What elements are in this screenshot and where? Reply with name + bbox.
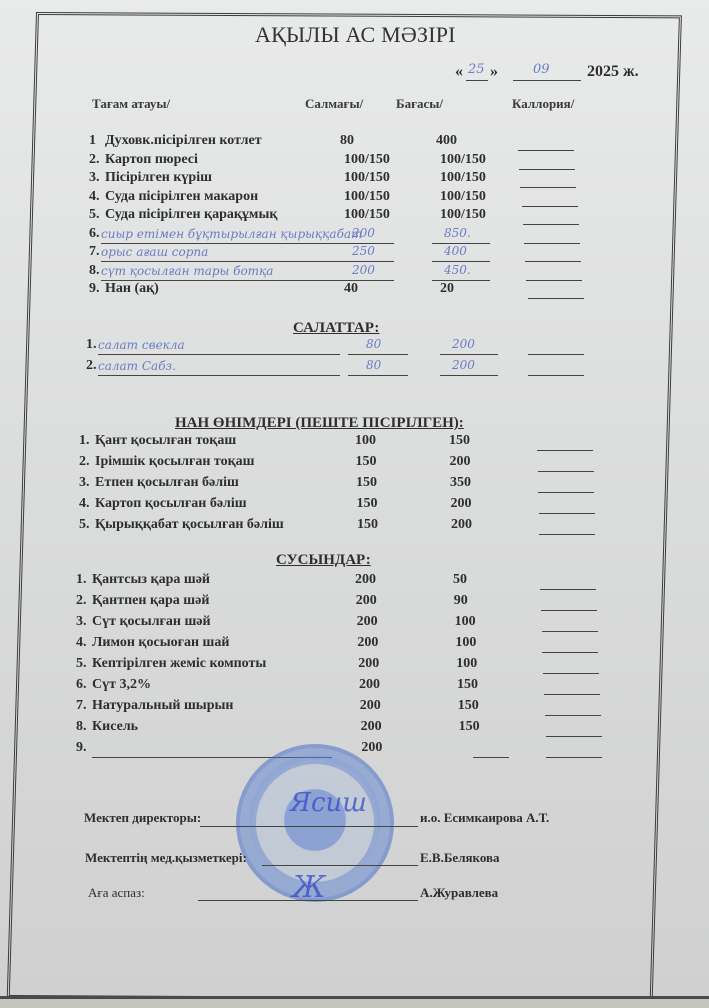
salads-heading: САЛАТТАР: [293, 320, 379, 337]
dish-price: 20 [440, 281, 454, 297]
dish-name-handwritten: сиыр етімен бұқтырылған қырыққабат [101, 227, 362, 241]
dish-name: Духовк.пісірілген котлет [105, 133, 262, 149]
calories-line [544, 694, 600, 695]
dish-price: 350 [450, 475, 471, 491]
dish-weight-handwritten: 200 [352, 263, 375, 277]
dish-weight-handwritten: 200 [352, 226, 375, 240]
dish-weight: 150 [357, 517, 378, 533]
dish-price: 150 [458, 698, 479, 714]
date-day-line [466, 80, 488, 81]
dish-price: 100/150 [440, 189, 486, 205]
dish-price: 150 [457, 677, 478, 693]
signature-chef: Ж [292, 870, 326, 905]
dish-name: Қантсыз қара шәй [92, 572, 210, 588]
calories-line [542, 631, 598, 632]
dish-name: Сүт 3,2% [92, 677, 151, 693]
dish-weight: 100/150 [344, 207, 390, 223]
dish-price-handwritten: 200 [452, 358, 475, 372]
row-number: 4. [76, 635, 87, 651]
dish-name-line [101, 261, 356, 262]
calories-line [542, 652, 598, 653]
row-number: 6. [76, 677, 87, 693]
calories-line [538, 471, 594, 472]
dish-weight: 100/150 [344, 170, 390, 186]
dish-weight: 150 [357, 496, 378, 512]
dish-weight: 200 [358, 656, 379, 672]
signature-person-chef: А.Журавлева [420, 885, 498, 901]
dish-name-handwritten: сүт қосылған тары ботқа [101, 264, 273, 278]
weight-line [334, 280, 394, 281]
price-line [473, 757, 509, 758]
row-number: 6. [89, 226, 100, 242]
row-number: 2. [89, 152, 100, 168]
row-number: 2. [86, 358, 97, 374]
dish-weight: 150 [356, 454, 377, 470]
dish-weight: 200 [361, 740, 382, 756]
row-number: 8. [89, 263, 100, 279]
dish-price-handwritten: 850. [444, 226, 471, 240]
dish-name: Етпен қосылған бәліш [95, 475, 239, 491]
dish-name: Сүт қосылған шәй [92, 614, 211, 630]
row-number: 3. [76, 614, 87, 630]
dish-weight: 100 [355, 433, 376, 449]
dish-price: 100/150 [440, 170, 486, 186]
dish-name: Картоп пюресі [105, 152, 198, 168]
dish-weight: 200 [359, 677, 380, 693]
row-number: 3. [89, 170, 100, 186]
dish-price-handwritten: 450. [444, 263, 471, 277]
dish-name-handwritten: орыс ағаш сорпа [101, 245, 208, 259]
calories-line [539, 534, 595, 535]
dish-name: Кисель [92, 719, 138, 735]
dish-weight: 150 [356, 475, 377, 491]
row-number: 1. [79, 433, 90, 449]
price-line [440, 354, 498, 355]
dish-price: 100/150 [440, 207, 486, 223]
signature-role-nurse: Мектептің мед.қызметкері: [85, 850, 247, 866]
row-number: 3. [79, 475, 90, 491]
dish-price: 100 [455, 635, 476, 651]
row-number: 4. [79, 496, 90, 512]
dish-price: 100 [455, 614, 476, 630]
dish-price: 100 [456, 656, 477, 672]
dish-price: 150 [459, 719, 480, 735]
table-edge [0, 996, 709, 1008]
dish-name: Суда пісірілген қарақұмық [105, 207, 277, 223]
dish-name: Қантпен қара шәй [92, 593, 209, 609]
signature-role-chef: Аға аспаз: [88, 885, 145, 901]
calories-line [526, 280, 582, 281]
dish-name-line [98, 375, 340, 376]
row-number: 1 [89, 133, 96, 149]
dish-weight: 200 [355, 572, 376, 588]
row-number: 2. [76, 593, 87, 609]
calories-line [523, 224, 579, 225]
dish-weight: 100/150 [344, 152, 390, 168]
row-number: 5. [89, 207, 100, 223]
signature-person-director: и.о. Есимкаирова А.Т. [420, 810, 549, 826]
date-open-quote: « [455, 63, 463, 81]
dish-weight-handwritten: 80 [366, 358, 381, 372]
dish-name: Қырыққабат қосылған бәліш [95, 517, 284, 533]
dish-name: Нан (ақ) [105, 281, 159, 297]
dish-price-handwritten: 200 [452, 337, 475, 351]
calories-line [518, 150, 574, 151]
dish-weight: 100/150 [344, 189, 390, 205]
calories-line [537, 450, 593, 451]
signature-line-nurse [262, 865, 418, 866]
row-number: 5. [79, 517, 90, 533]
dish-weight: 200 [356, 593, 377, 609]
row-number: 4. [89, 189, 100, 205]
date-close-quote: » [490, 63, 498, 81]
dish-price: 400 [436, 133, 457, 149]
row-number: 5. [76, 656, 87, 672]
dish-name: Қант қосылған тоқаш [95, 433, 236, 449]
calories-line [539, 513, 595, 514]
row-number: 9. [76, 740, 87, 756]
dish-name: Картоп қосылған бәліш [95, 496, 247, 512]
dish-weight-handwritten: 80 [366, 337, 381, 351]
dish-price: 200 [450, 454, 471, 470]
date-day: 25 [468, 62, 485, 77]
weight-line [348, 354, 408, 355]
row-number: 2. [79, 454, 90, 470]
dish-name: Лимон қосыоған шай [92, 635, 229, 651]
dish-price: 200 [451, 517, 472, 533]
dish-weight: 40 [344, 281, 358, 297]
calories-line [546, 736, 602, 737]
weight-line [348, 375, 408, 376]
dish-name: Суда пісірілген макарон [105, 189, 258, 205]
dish-price: 50 [453, 572, 467, 588]
calories-line [528, 354, 584, 355]
calories-line [545, 715, 601, 716]
dish-price: 150 [449, 433, 470, 449]
calories-line [538, 492, 594, 493]
calories-line [525, 261, 581, 262]
dish-name-handwritten: салат свекла [98, 338, 185, 352]
calories-line [528, 298, 584, 299]
bakery-heading: НАН ӨНІМДЕРІ (ПЕШТЕ ПІСІРІЛГЕН): [175, 415, 464, 432]
calories-line [522, 206, 578, 207]
signature-line-director [200, 826, 418, 827]
dish-name: Кептірілген жеміс компоты [92, 656, 266, 672]
signature-role-director: Мектеп директоры: [84, 810, 201, 826]
dish-price-handwritten: 400 [444, 244, 467, 258]
dish-name: Натуральный шырын [92, 698, 233, 714]
calories-line [541, 610, 597, 611]
calories-line [524, 243, 580, 244]
dish-price: 100/150 [440, 152, 486, 168]
column-header-name: Тағам атауы/ [92, 96, 170, 112]
column-header-calories: Каллория/ [512, 96, 574, 112]
dish-price: 90 [454, 593, 468, 609]
row-number: 9. [89, 281, 100, 297]
signature-director: Ясиш [290, 788, 367, 818]
dish-name-handwritten: салат Сабз. [98, 359, 176, 373]
row-number: 7. [89, 244, 100, 260]
price-line [440, 375, 498, 376]
drinks-heading: СУСЫНДАР: [276, 552, 371, 569]
row-number: 1. [76, 572, 87, 588]
date-month-line [513, 80, 581, 81]
row-number: 8. [76, 719, 87, 735]
signature-person-nurse: Е.В.Белякова [420, 850, 500, 866]
column-header-weight: Салмағы/ [305, 96, 363, 112]
dish-weight-handwritten: 250 [352, 244, 375, 258]
dish-name-line [98, 354, 340, 355]
dish-weight: 200 [360, 698, 381, 714]
dish-name-line [101, 243, 356, 244]
calories-line [519, 169, 575, 170]
dish-weight: 200 [357, 635, 378, 651]
dish-weight: 200 [361, 719, 382, 735]
row-number: 7. [76, 698, 87, 714]
calories-line [546, 757, 602, 758]
calories-line [528, 375, 584, 376]
dish-price: 200 [451, 496, 472, 512]
dish-name: Ірімшік қосылған тоқаш [95, 454, 255, 470]
date-month: 09 [533, 62, 550, 77]
dish-weight: 80 [340, 133, 354, 149]
calories-line [543, 673, 599, 674]
calories-line [540, 589, 596, 590]
page-title: АҚЫЛЫ АС МӘЗІРІ [255, 22, 456, 48]
date-year: 2025 ж. [587, 63, 639, 81]
column-header-price: Бағасы/ [396, 96, 443, 112]
dish-weight: 200 [357, 614, 378, 630]
row-number: 1. [86, 337, 97, 353]
dish-name: Пісірілген күріш [105, 170, 212, 186]
calories-line [520, 187, 576, 188]
